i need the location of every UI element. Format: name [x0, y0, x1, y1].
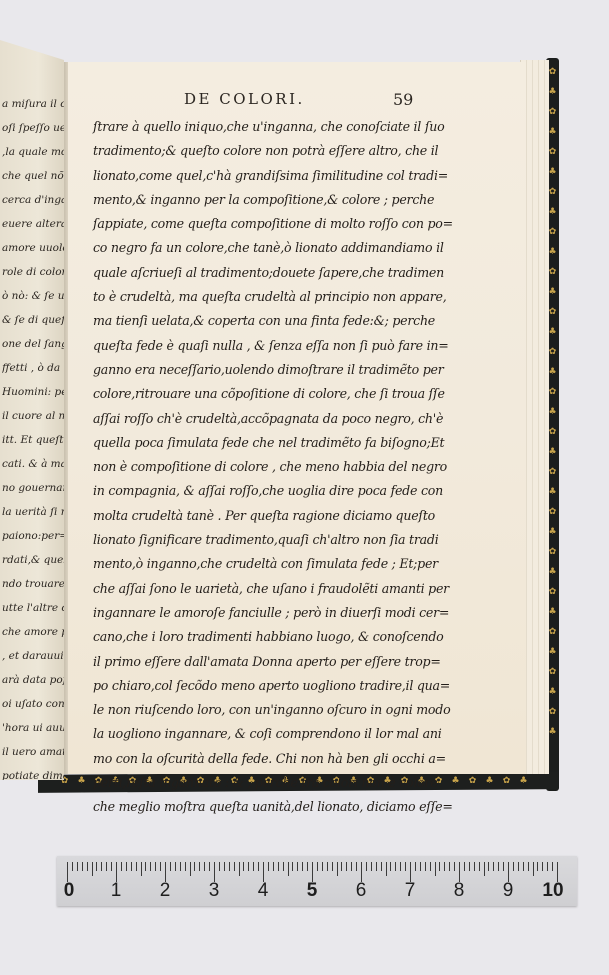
ruler-tick [356, 862, 357, 871]
text-line: la uerità ſi rie [2, 500, 64, 524]
text-line: ma tienſi uelata,& coperta con una finta… [93, 309, 463, 333]
ruler-tick [234, 862, 235, 871]
ruler-tick [278, 862, 279, 871]
text-line: & ſe di queſti [2, 308, 64, 332]
ruler-tick [96, 862, 97, 871]
gilt-ornament-icon: ♣ [77, 777, 86, 785]
ruler-tick [239, 862, 240, 876]
ruler-tick [390, 862, 391, 871]
ruler-tick [361, 862, 362, 882]
left-page: a miſura il comoſi ſpeſſo uedea,la quale… [0, 40, 64, 780]
ruler-tick [101, 862, 102, 871]
ruler-tick [518, 862, 519, 871]
gilt-ornament-icon: ♣ [519, 777, 528, 785]
text-line: le non riuſcendo loro, con un'inganno oſ… [93, 698, 463, 722]
ruler-tick [513, 862, 514, 871]
ruler-tick [67, 862, 68, 882]
ruler-tick [87, 862, 88, 871]
ruler-tick [327, 862, 328, 871]
gilt-ornament-icon: ♣ [548, 88, 557, 96]
text-line: one del ſangue [2, 332, 64, 356]
text-line: ganno era neceſſario,uolendo dimoſtrare … [93, 358, 463, 382]
gilt-ornament-icon: ♣ [548, 288, 557, 296]
ruler-tick [121, 862, 122, 871]
ruler-tick [410, 862, 411, 882]
gilt-ornament-icon: ✿ [502, 777, 511, 785]
text-line: aſſai roſſo ch'è crudeltà,accõpagnata da… [93, 407, 463, 431]
text-line: utte l'altre co [2, 596, 64, 620]
text-line: potiate dimo= [2, 764, 64, 780]
ruler-tick [371, 862, 372, 871]
ruler-label: 0 [64, 880, 75, 902]
ruler-label: 2 [160, 880, 171, 902]
text-line: che aſſai ſono le uarietà, che uſano i f… [93, 577, 463, 601]
text-line: queſta fede è quaſi nulla , & ſenza eſſa… [93, 334, 463, 358]
ruler-tick [131, 862, 132, 871]
ruler-tick [312, 862, 313, 882]
gilt-ornament-icon: ✿ [548, 148, 557, 156]
ruler-tick [150, 862, 151, 871]
gilt-ornament-icon: ♣ [548, 128, 557, 136]
ruler-tick [542, 862, 543, 871]
gilt-ornament-icon: ♣ [548, 568, 557, 576]
text-line: colore,ritrouare una cõpoſitione di colo… [93, 382, 463, 406]
ruler-tick [209, 862, 210, 871]
ruler-tick [351, 862, 352, 871]
text-line: to è crudeltà, ma queſta crudeltà al pri… [93, 285, 463, 309]
ruler-tick [243, 862, 244, 871]
ruler-tick [484, 862, 485, 876]
text-line: il cuore al ma [2, 404, 64, 428]
text-line: ò nò: & ſe ui [2, 284, 64, 308]
ruler-tick [395, 862, 396, 871]
ruler-tick [332, 862, 333, 871]
ruler-tick [337, 862, 338, 876]
gilt-ornament-icon: ♣ [548, 168, 557, 176]
gilt-ornament-icon: ♣ [548, 208, 557, 216]
ruler-tick [204, 862, 205, 871]
gilt-ornament-icon: ✿ [548, 348, 557, 356]
text-line: che quel nõ hà [2, 164, 64, 188]
ruler-tick [229, 862, 230, 871]
ruler-tick [508, 862, 509, 882]
gilt-ornament-icon: ♣ [548, 648, 557, 656]
gilt-ornament-icon: ✿ [548, 108, 557, 116]
ruler-tick [72, 862, 73, 871]
page-number: 59 [393, 90, 413, 109]
text-line: role di coloro, [2, 260, 64, 284]
ruler-tick [415, 862, 416, 871]
text-line: quella poca ſimulata fede che nel tradim… [93, 431, 463, 455]
ruler-tick [136, 862, 137, 871]
ruler-tick [498, 862, 499, 871]
ruler-tick [165, 862, 166, 882]
gilt-ornament-icon: ✿ [548, 468, 557, 476]
ruler-label: 10 [542, 880, 563, 902]
text-line: cati. & à mal [2, 452, 64, 476]
ruler-tick [268, 862, 269, 871]
left-page-text: a miſura il comoſi ſpeſſo uedea,la quale… [2, 92, 64, 780]
text-line: lionato ſignificare tradimento,quaſi ch'… [93, 528, 463, 552]
ruler-tick [533, 862, 534, 876]
gilt-ornament-icon: ✿ [468, 777, 477, 785]
text-line: il uero amata [2, 740, 64, 764]
ruler-tick [528, 862, 529, 871]
gilt-ornament-border-right: ✿♣✿♣✿♣✿♣✿♣✿♣✿♣✿♣✿♣✿♣✿♣✿♣✿♣✿♣✿♣✿♣✿♣ [548, 68, 557, 736]
ruler-tick [92, 862, 93, 876]
ruler-tick [444, 862, 445, 871]
ruler-tick [273, 862, 274, 871]
ruler-tick [469, 862, 470, 871]
gilt-ornament-icon: ✿ [548, 668, 557, 676]
ruler-tick [307, 862, 308, 871]
ruler-tick [175, 862, 176, 871]
ruler-label: 8 [454, 880, 465, 902]
ruler-tick [420, 862, 421, 871]
text-line: a miſura il com [2, 92, 64, 116]
ruler-label: 4 [258, 880, 269, 902]
gilt-ornament-icon: ✿ [548, 508, 557, 516]
ruler-tick [302, 862, 303, 871]
ruler-label: 6 [356, 880, 367, 902]
ruler-tick [111, 862, 112, 871]
ruler-tick [322, 862, 323, 871]
text-line: tradimento;& queſto colore non potrà eſſ… [93, 139, 463, 163]
ruler-tick [77, 862, 78, 871]
text-line: co negro fa un colore,che tanè,ò lionato… [93, 236, 463, 260]
ruler-tick [82, 862, 83, 871]
text-line: che meglio moſtra queſta uanità,del lion… [93, 795, 463, 819]
text-line: ffetti , ò da un [2, 356, 64, 380]
text-line: cerca d'ingan [2, 188, 64, 212]
text-line: ſtrare à quello iniquo,che u'inganna, ch… [93, 115, 463, 139]
gilt-ornament-icon: ✿ [548, 588, 557, 596]
ruler-tick [258, 862, 259, 871]
ruler-tick [366, 862, 367, 871]
ruler-tick [557, 862, 558, 882]
text-line: no gouernare [2, 476, 64, 500]
ruler-tick [248, 862, 249, 871]
text-line: rdati,& quel, [2, 548, 64, 572]
ruler-label: 1 [111, 880, 122, 902]
text-line: arà data poſ= [2, 668, 64, 692]
ruler-tick [439, 862, 440, 871]
gilt-ornament-icon: ✿ [548, 388, 557, 396]
ruler-tick [170, 862, 171, 871]
text-line: ingannare le amoroſe fanciulle ; però in… [93, 601, 463, 625]
text-line: quale aſcriueſi al tradimento;douete ſap… [93, 261, 463, 285]
ruler-tick [283, 862, 284, 871]
ruler-tick [381, 862, 382, 871]
ruler-tick [547, 862, 548, 871]
ruler-label: 7 [405, 880, 416, 902]
text-line: cano,che i loro tradimenti habbiano luog… [93, 625, 463, 649]
ruler-tick [297, 862, 298, 871]
ruler-tick [552, 862, 553, 871]
text-line: Huomini: per [2, 380, 64, 404]
ruler-tick [474, 862, 475, 871]
gilt-ornament-icon: ♣ [548, 488, 557, 496]
ruler-tick [214, 862, 215, 882]
ruler-tick [141, 862, 142, 876]
ruler-tick [263, 862, 264, 882]
ruler-tick [180, 862, 181, 871]
ruler-tick [435, 862, 436, 876]
ruler-tick [346, 862, 347, 871]
text-line: mento,ò inganno,che crudeltà con ſimulat… [93, 552, 463, 576]
text-line: mo con la oſcurità della fede. Chi non h… [93, 747, 463, 771]
ruler-tick [288, 862, 289, 876]
gilt-ornament-icon: ♣ [548, 328, 557, 336]
gilt-ornament-icon: ✿ [548, 708, 557, 716]
ruler-tick [523, 862, 524, 871]
gilt-ornament-icon: ♣ [548, 248, 557, 256]
gilt-ornament-icon: ✿ [548, 428, 557, 436]
ruler-tick [449, 862, 450, 871]
ruler-tick [199, 862, 200, 871]
text-line: ,la quale moſtra [2, 140, 64, 164]
text-line: perti,reſta ingannato : & , perche tra c… [93, 771, 463, 795]
ruler-tick [493, 862, 494, 871]
ruler-tick [376, 862, 377, 871]
ruler-tick [106, 862, 107, 871]
running-head: DE COLORI. [184, 90, 305, 108]
gilt-ornament-icon: ✿ [548, 268, 557, 276]
gilt-ornament-icon: ♣ [548, 448, 557, 456]
ruler-tick [185, 862, 186, 871]
text-line: in compagnia, & aſſai roſſo,che uoglia d… [93, 479, 463, 503]
ruler-label: 3 [209, 880, 220, 902]
ruler-tick [405, 862, 406, 871]
ruler-tick [488, 862, 489, 871]
gilt-ornament-icon: ✿ [548, 228, 557, 236]
right-page-text: ſtrare à quello iniquo,che u'inganna, ch… [93, 115, 463, 820]
book-photograph: ✿♣✿♣✿♣✿♣✿♣✿♣✿♣✿♣✿♣✿♣✿♣✿♣✿♣✿♣ ✿♣✿♣✿♣✿♣✿♣✿… [0, 0, 609, 975]
text-line: il primo eſſere dall'amata Donna aperto … [93, 650, 463, 674]
ruler-label: 9 [503, 880, 514, 902]
text-line: che amore poi [2, 620, 64, 644]
text-line: itt. Et queſto [2, 428, 64, 452]
text-line: la uogliono ingannare, & coſi comprendon… [93, 722, 463, 746]
ruler-tick [341, 862, 342, 871]
ruler-tick [224, 862, 225, 871]
text-line: non è compoſitione di colore , che meno … [93, 455, 463, 479]
ruler-tick [317, 862, 318, 871]
gilt-ornament-icon: ♣ [548, 408, 557, 416]
gilt-ornament-icon: ✿ [548, 188, 557, 196]
ruler-tick [537, 862, 538, 871]
gilt-ornament-icon: ✿ [548, 308, 557, 316]
ruler-tick [459, 862, 460, 882]
text-line: , et darauui in [2, 644, 64, 668]
gilt-ornament-icon: ✿ [548, 68, 557, 76]
text-line: mento,& inganno per la compoſitione,& co… [93, 188, 463, 212]
scale-ruler: 012345678910 [57, 856, 577, 906]
text-line: paiono:per= [2, 524, 64, 548]
text-line: amore uuole in [2, 236, 64, 260]
text-line: ndo trouare= [2, 572, 64, 596]
text-line: ſappiate, come queſta compoſitione di mo… [93, 212, 463, 236]
ruler-tick [292, 862, 293, 871]
ruler-label: 5 [307, 880, 318, 902]
gilt-ornament-icon: ✿ [548, 548, 557, 556]
ruler-tick [253, 862, 254, 871]
ruler-tick [503, 862, 504, 871]
gilt-ornament-icon: ♣ [548, 368, 557, 376]
ruler-tick [126, 862, 127, 871]
ruler-tick [116, 862, 117, 882]
text-line: lionato,come quel,c'hà grandiſsima ſimil… [93, 164, 463, 188]
ruler-tick [194, 862, 195, 871]
gilt-ornament-icon: ♣ [548, 528, 557, 536]
ruler-tick [160, 862, 161, 871]
gilt-ornament-icon: ♣ [548, 728, 557, 736]
ruler-tick [479, 862, 480, 871]
ruler-tick [219, 862, 220, 871]
ruler-tick [464, 862, 465, 871]
text-line: molta crudeltà tanè . Per queſta ragione… [93, 504, 463, 528]
gilt-ornament-icon: ♣ [548, 688, 557, 696]
ruler-tick [454, 862, 455, 871]
gilt-ornament-icon: ♣ [548, 608, 557, 616]
text-line: euere alteratio [2, 212, 64, 236]
text-line: oſi ſpeſſo uedea [2, 116, 64, 140]
ruler-tick [400, 862, 401, 871]
ruler-tick [425, 862, 426, 871]
ruler-tick [430, 862, 431, 871]
ruler-tick [190, 862, 191, 876]
ruler-tick [145, 862, 146, 871]
text-line: 'hora ui auue [2, 716, 64, 740]
gilt-ornament-icon: ♣ [485, 777, 494, 785]
ruler-tick [386, 862, 387, 876]
text-line: oi uſato con= [2, 692, 64, 716]
gilt-ornament-icon: ✿ [548, 628, 557, 636]
text-line: po chiaro,col ſecõdo meno aperto uoglion… [93, 674, 463, 698]
ruler-tick [155, 862, 156, 871]
